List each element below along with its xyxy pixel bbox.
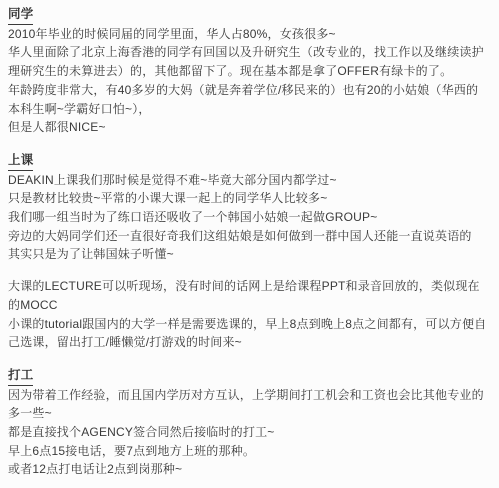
paragraph: 都是直接找个AGENCY签合同然后接临时的打工~	[8, 423, 490, 442]
paragraph-block: 因为带着工作经验，而且国内学历对方互认，上学期间打工机会和工资也会比其他专业的多…	[8, 386, 490, 480]
paragraph: 旁边的大妈同学们还一直很好奇我们这组姑娘是如何做到一群中国人还能一直说英语的	[8, 227, 490, 246]
paragraph: 但是人都很NICE~	[8, 118, 490, 137]
paragraph: 我们哪一组当时为了练口语还吸收了一个韩国小姑娘一起做GROUP~	[8, 208, 490, 227]
paragraph: 华人里面除了北京上海香港的同学有回国以及升研究生（改专业的，找工作以及继续读护理…	[8, 43, 490, 80]
paragraph: 早上6点15接电话，要7点到地方上班的那种。	[8, 442, 490, 461]
paragraph: 其实只是为了让韩国妹子听懂~	[8, 245, 490, 264]
paragraph-block: DEAKIN上课我们那时候是觉得不难~毕竟大部分国内都学过~ 只是教材比较贵~平…	[8, 171, 490, 265]
paragraph: 因为带着工作经验，而且国内学历对方互认，上学期间打工机会和工资也会比其他专业的多…	[8, 386, 490, 423]
paragraph: 大课的LECTURE可以听现场，没有时间的话网上是给课程PPT和录音回放的，类似…	[8, 277, 490, 314]
section-classes: 上课 DEAKIN上课我们那时候是觉得不难~毕竟大部分国内都学过~ 只是教材比较…	[8, 151, 490, 352]
section-classmates: 同学 2010年毕业的时候同届的同学里面，华人占80%，女孩很多~ 华人里面除了…	[8, 5, 490, 137]
paragraph: 小课的tutorial跟国内的大学一样是需要选课的，早上8点到晚上8点之间都有，…	[8, 315, 490, 352]
section-heading-parttime-work: 打工	[8, 366, 490, 386]
paragraph: 年龄跨度非常大，有40多岁的大妈（就是奔着学位/移民来的）也有20的小姑娘（华西…	[8, 81, 490, 118]
paragraph: 2010年毕业的时候同届的同学里面，华人占80%，女孩很多~	[8, 25, 490, 44]
paragraph: 只是教材比较贵~平常的小课大课一起上的同学华人比较多~	[8, 189, 490, 208]
section-heading-text: 打工	[8, 366, 33, 386]
section-parttime-work: 打工 因为带着工作经验，而且国内学历对方互认，上学期间打工机会和工资也会比其他专…	[8, 366, 490, 479]
paragraph-block: 大课的LECTURE可以听现场，没有时间的话网上是给课程PPT和录音回放的，类似…	[8, 277, 490, 352]
paragraph-block: 2010年毕业的时候同届的同学里面，华人占80%，女孩很多~ 华人里面除了北京上…	[8, 25, 490, 137]
section-heading-text: 上课	[8, 151, 33, 171]
paragraph: DEAKIN上课我们那时候是觉得不难~毕竟大部分国内都学过~	[8, 171, 490, 190]
paragraph: 或者12点打电话让2点到岗那种~	[8, 460, 490, 479]
article-page: 同学 2010年毕业的时候同届的同学里面，华人占80%，女孩很多~ 华人里面除了…	[0, 0, 499, 488]
section-heading-text: 同学	[8, 5, 33, 25]
section-heading-classmates: 同学	[8, 5, 490, 25]
section-heading-classes: 上课	[8, 151, 490, 171]
